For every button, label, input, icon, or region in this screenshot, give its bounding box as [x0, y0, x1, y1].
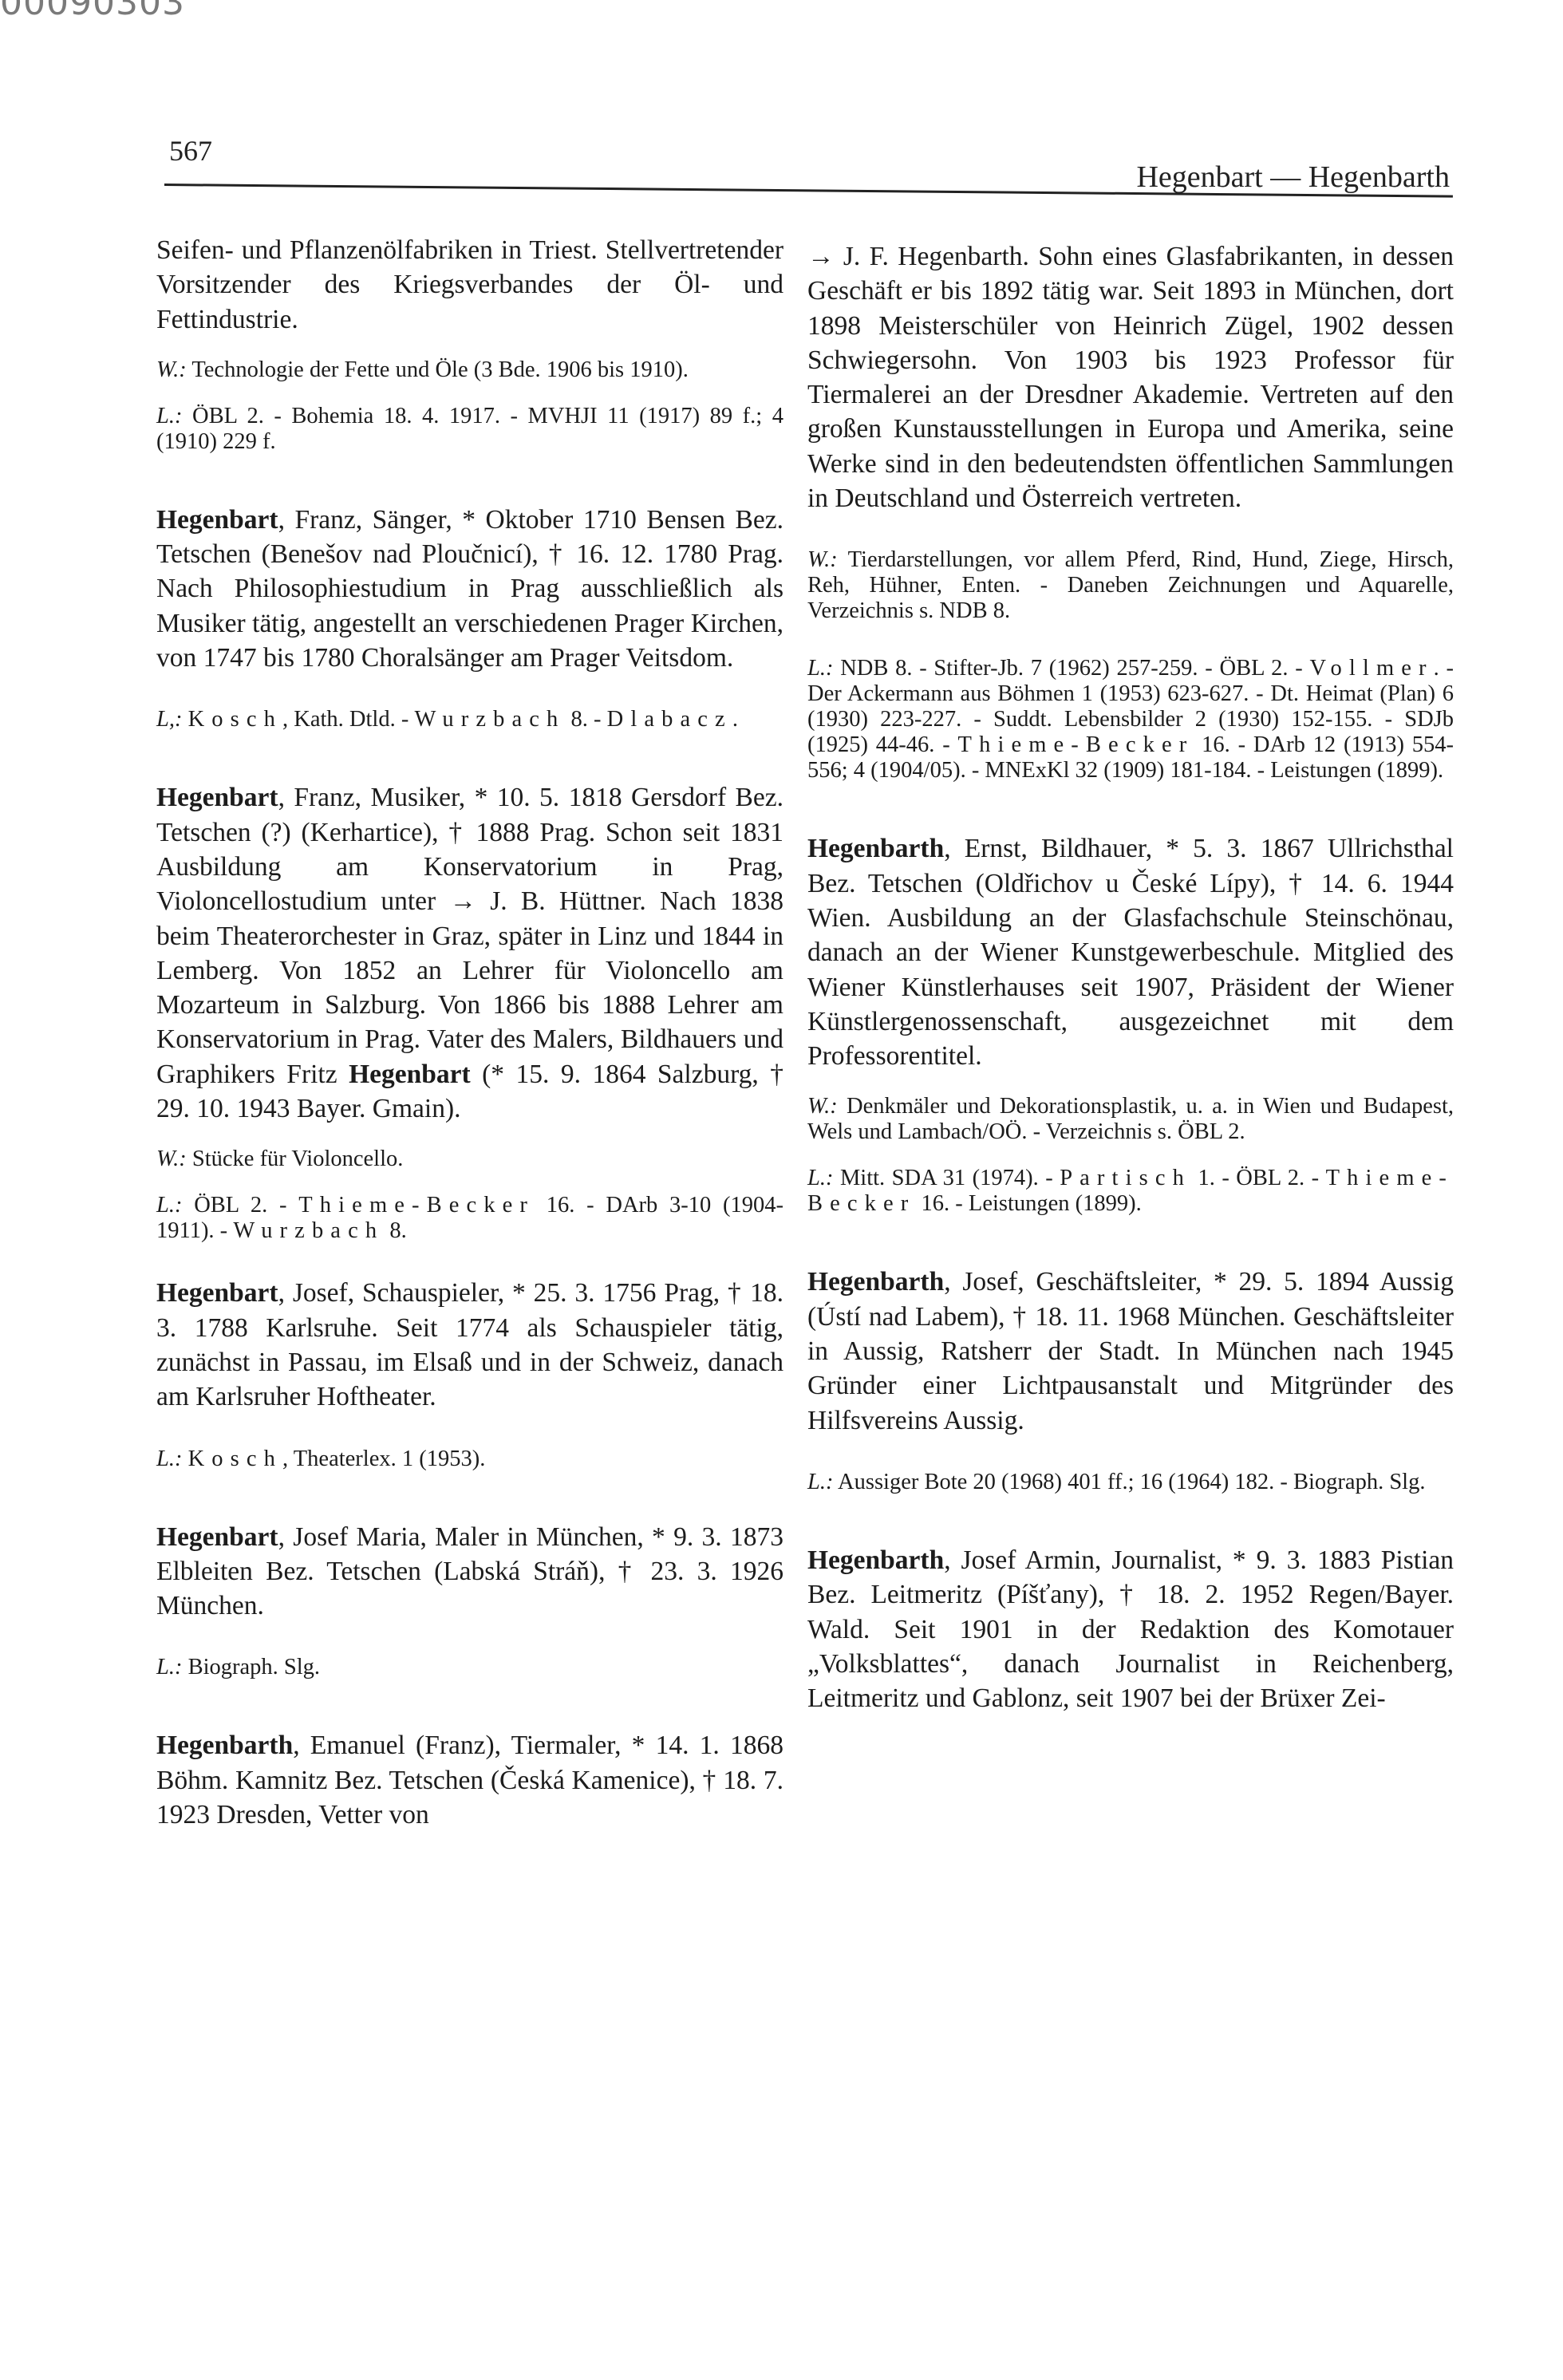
entry-paragraph: Hegenbart, Josef, Schauspieler, * 25. 3.…	[156, 1276, 783, 1414]
paragraph-spacer	[807, 515, 1454, 547]
reference-note: L.: Mitt. SDA 31 (1974). - Partisch 1. -…	[807, 1166, 1454, 1217]
paragraph-spacer	[156, 732, 783, 780]
spaced-author-name: Kosch	[188, 707, 282, 732]
paragraph-spacer	[807, 624, 1454, 656]
paragraph-spacer	[156, 1126, 783, 1147]
text-run: → J. F. Hegenbarth. Sohn eines Glasfabri…	[807, 242, 1454, 513]
spaced-author-name: Kosch	[188, 1447, 282, 1471]
running-head: Hegenbart — Hegenbarth	[1136, 160, 1450, 195]
headword: Hegenbarth	[156, 1731, 293, 1760]
section-label: L.:	[156, 1447, 182, 1471]
paragraph-spacer	[156, 1172, 783, 1193]
section-label: W.:	[807, 547, 838, 572]
reference-note: W.: Stücke für Violoncello.	[156, 1147, 783, 1172]
section-label: L.:	[807, 1166, 833, 1190]
paragraph-spacer	[807, 1073, 1454, 1094]
headword: Hegenbarth	[807, 834, 944, 863]
scan-id-label: 00090303	[0, 0, 185, 23]
text-run: 1. - ÖBL 2. -	[1191, 1166, 1326, 1190]
reference-note: L.: Biograph. Slg.	[156, 1655, 783, 1680]
text-run	[182, 707, 187, 732]
spaced-author-name: Thieme-Becker	[958, 732, 1194, 757]
paragraph-spacer	[807, 1217, 1454, 1265]
section-label: W.:	[807, 1094, 838, 1119]
entry-paragraph: Hegenbarth, Ernst, Bildhauer, * 5. 3. 18…	[807, 831, 1454, 1073]
headword: Hegenbart	[156, 1522, 278, 1552]
section-label: L.:	[156, 404, 182, 428]
entry-paragraph: Hegenbarth, Emanuel (Franz), Tiermaler, …	[156, 1728, 783, 1832]
headword: Hegenbart	[156, 1278, 278, 1308]
paragraph-spacer	[156, 1244, 783, 1276]
reference-note: L.: NDB 8. - Stifter-Jb. 7 (1962) 257-25…	[807, 656, 1454, 783]
text-run: 8. -	[565, 707, 606, 732]
paragraph-spacer	[807, 783, 1454, 831]
text-run: ÖBL 2. - Bohemia 18. 4. 1917. - MVHJI 11…	[156, 404, 783, 454]
text-run: Tierdarstellungen, vor allem Pferd, Rind…	[807, 547, 1454, 623]
paragraph-spacer	[156, 455, 783, 503]
text-run: Stücke für Violoncello.	[187, 1147, 404, 1171]
reference-note: W.: Denkmäler und Dekorationsplastik, u.…	[807, 1094, 1454, 1145]
headword: Hegenbart	[156, 505, 278, 535]
spaced-author-name: Partisch	[1060, 1166, 1191, 1190]
paragraph-spacer	[156, 383, 783, 404]
paragraph-spacer	[156, 1415, 783, 1447]
entry-paragraph: Seifen- und Pflanzenölfabriken in Triest…	[156, 233, 783, 337]
reference-note: L.: Kosch, Theaterlex. 1 (1953).	[156, 1447, 783, 1472]
entry-paragraph: Hegenbart, Franz, Sänger, * Oktober 1710…	[156, 503, 783, 675]
text-run: .	[732, 707, 738, 732]
section-label: L.:	[807, 1470, 833, 1494]
entry-paragraph: Hegenbarth, Josef Armin, Journalist, * 9…	[807, 1543, 1454, 1715]
right-column: → J. F. Hegenbarth. Sohn eines Glasfabri…	[807, 239, 1454, 1715]
text-run: Mitt. SDA 31 (1974). -	[833, 1166, 1060, 1190]
reference-note: L.: ÖBL 2. - Bohemia 18. 4. 1917. - MVHJ…	[156, 404, 783, 455]
text-run: Denkmäler und Dekorationsplastik, u. a. …	[807, 1094, 1454, 1144]
text-run: ÖBL 2. -	[182, 1193, 298, 1218]
text-run: , Theaterlex. 1 (1953).	[282, 1447, 485, 1471]
headword: Hegenbart	[156, 783, 278, 812]
section-label: L.:	[156, 1655, 182, 1679]
text-run: , Ernst, Bildhauer, * 5. 3. 1867 Ullrich…	[807, 834, 1454, 1071]
reference-note: L.: ÖBL 2. - Thieme-Becker 16. - DArb 3-…	[156, 1193, 783, 1244]
text-run: 8.	[384, 1218, 407, 1243]
paragraph-spacer	[807, 1438, 1454, 1470]
section-label: L,:	[156, 707, 182, 732]
text-run: 16. - Leistungen (1899).	[915, 1191, 1141, 1216]
entry-paragraph: Hegenbarth, Josef, Geschäftsleiter, * 29…	[807, 1265, 1454, 1437]
paragraph-spacer	[156, 337, 783, 357]
section-label: W.:	[156, 1147, 187, 1171]
reference-note: L,: Kosch, Kath. Dtld. - Wurzbach 8. - D…	[156, 707, 783, 732]
left-column: Seifen- und Pflanzenölfabriken in Triest…	[156, 233, 783, 1832]
text-run	[182, 1447, 187, 1471]
section-label: W.:	[156, 357, 187, 382]
paragraph-spacer	[156, 1623, 783, 1655]
reference-note: W.: Technologie der Fette und Öle (3 Bde…	[156, 357, 783, 383]
spaced-author-name: Wurzbach	[414, 707, 565, 732]
text-run: , Kath. Dtld. -	[282, 707, 414, 732]
headword: Hegenbarth	[807, 1267, 944, 1297]
paragraph-spacer	[807, 1145, 1454, 1166]
text-run: , Franz, Musiker, * 10. 5. 1818 Gersdorf…	[156, 783, 783, 1088]
page-number: 567	[169, 134, 212, 168]
text-run: Technologie der Fette und Öle (3 Bde. 19…	[187, 357, 689, 382]
entry-paragraph: Hegenbart, Franz, Musiker, * 10. 5. 1818…	[156, 780, 783, 1126]
section-label: L.:	[807, 656, 833, 681]
reference-note: W.: Tierdarstellungen, vor allem Pferd, …	[807, 547, 1454, 624]
spaced-author-name: Dlabacz	[607, 707, 732, 732]
paragraph-spacer	[156, 675, 783, 707]
entry-paragraph: Hegenbart, Josef Maria, Maler in München…	[156, 1520, 783, 1624]
section-label: L.:	[156, 1193, 182, 1218]
text-run: Biograph. Slg.	[182, 1655, 320, 1679]
spaced-author-name: Vollmer	[1310, 656, 1434, 681]
paragraph-spacer	[156, 1472, 783, 1520]
spaced-author-name: Wurzbach	[233, 1218, 384, 1243]
paragraph-spacer	[156, 1680, 783, 1728]
text-run: Seifen- und Pflanzenölfabriken in Triest…	[156, 235, 783, 334]
text-run: Aussiger Bote 20 (1968) 401 ff.; 16 (196…	[833, 1470, 1425, 1494]
paragraph-spacer	[807, 1495, 1454, 1543]
text-run: NDB 8. - Stifter-Jb. 7 (1962) 257-259. -…	[833, 656, 1309, 681]
headword: Hegenbarth	[807, 1545, 944, 1575]
spaced-author-name: Thieme-Becker	[298, 1193, 535, 1218]
headword: Hegenbart	[349, 1060, 471, 1089]
entry-paragraph: → J. F. Hegenbarth. Sohn eines Glasfabri…	[807, 239, 1454, 515]
reference-note: L.: Aussiger Bote 20 (1968) 401 ff.; 16 …	[807, 1470, 1454, 1495]
